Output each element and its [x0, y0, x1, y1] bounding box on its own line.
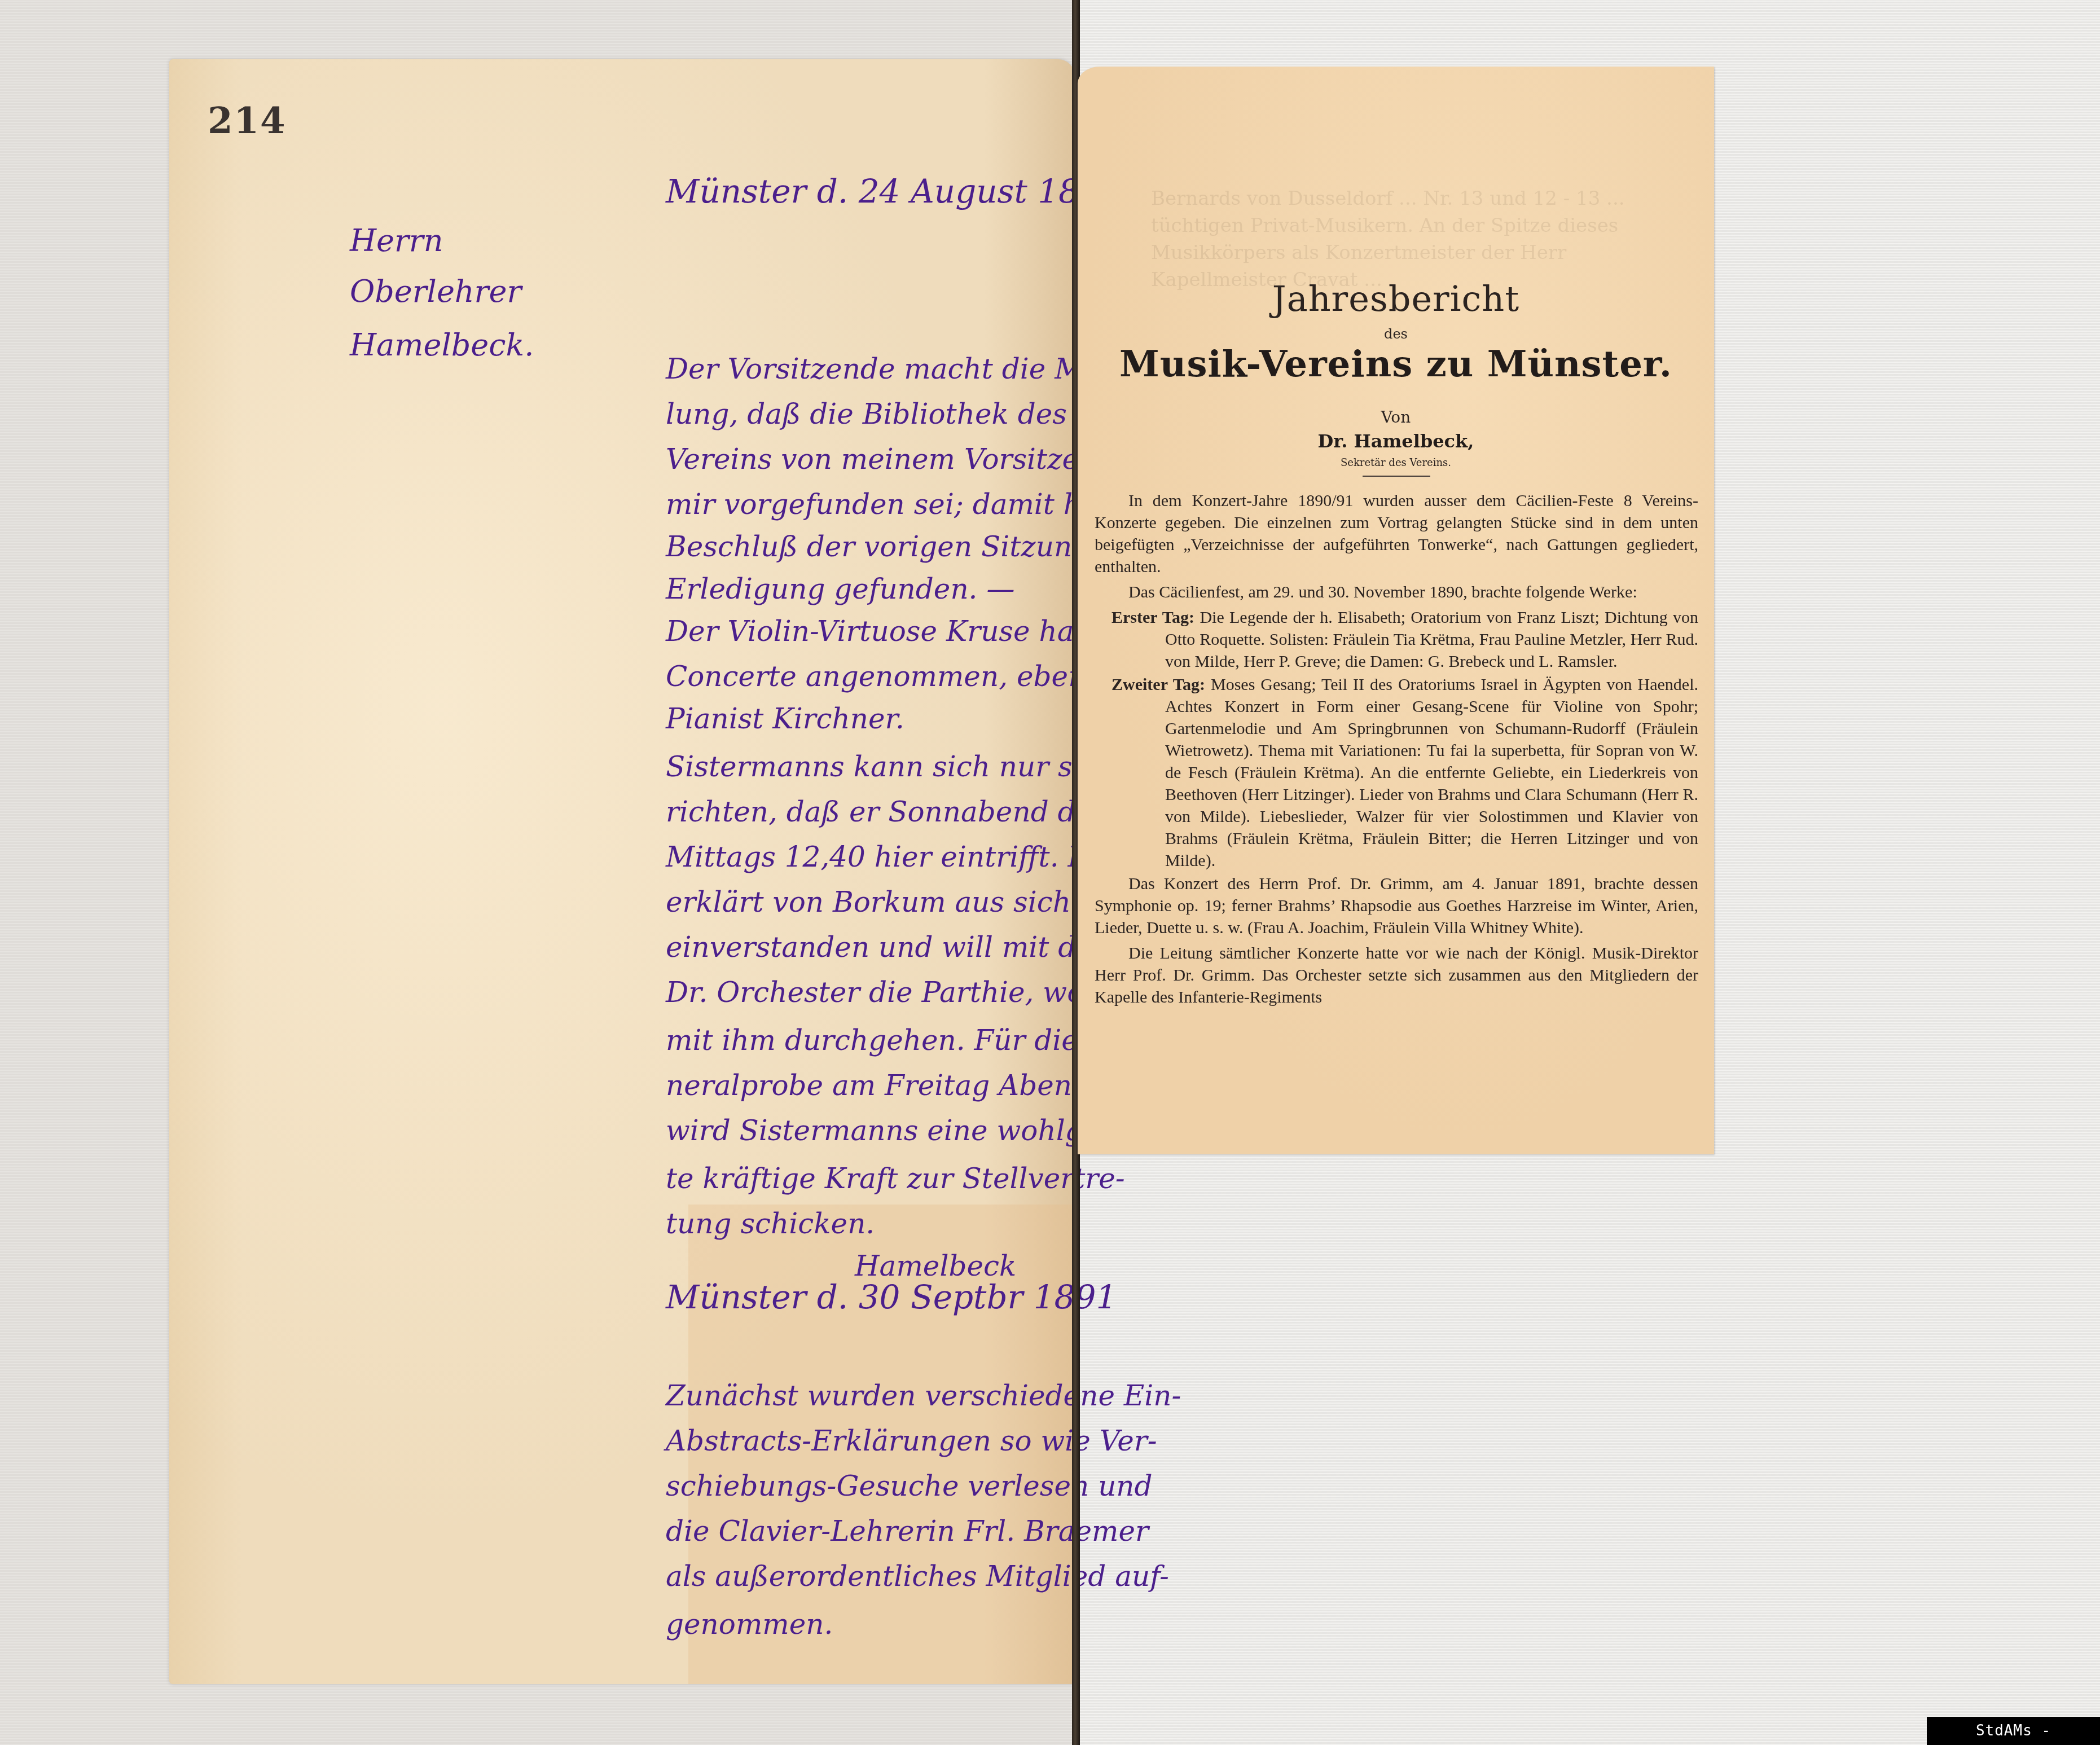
- handwritten-line: neralprobe am Freitag Abend: [666, 1069, 1090, 1102]
- handwritten-line: Erledigung gefunden. —: [666, 573, 1014, 605]
- day-heading: Erster Tag:: [1111, 608, 1194, 627]
- address-line: Oberlehrer: [350, 274, 521, 309]
- report-author-role: Sekretär des Vereins.: [1078, 457, 1714, 469]
- handwritten-line: genommen.: [666, 1608, 833, 1641]
- title-divider: [1363, 476, 1430, 477]
- report-title: Jahresbericht: [1078, 278, 1714, 319]
- handwritten-line: als außerordentliches Mitglied auf-: [666, 1560, 1169, 1593]
- day-program: Die Legende der h. Elisabeth; Oratorium …: [1165, 608, 1698, 671]
- report-paragraph: Die Leitung sämtlicher Konzerte hatte vo…: [1095, 942, 1698, 1008]
- handwritten-line: Der Violin-Virtuose Kruse hat die: [666, 615, 1138, 648]
- festival-day: Zweiter Tag: Moses Gesang; Teil II des O…: [1095, 674, 1698, 872]
- address-line: Herrn: [350, 223, 443, 258]
- handwritten-line: Mittags 12,40 hier eintrifft. Er: [666, 841, 1102, 873]
- day-heading: Zweiter Tag:: [1111, 675, 1205, 694]
- handwritten-line: Zunächst wurden verschiedene Ein-: [666, 1379, 1181, 1412]
- report-byline-von: Von: [1078, 408, 1714, 427]
- report-title-connector: des: [1078, 326, 1714, 342]
- handwritten-line: mit ihm durchgehen. Für die Ge-: [666, 1024, 1136, 1057]
- handwritten-page: 214 Herrn Oberlehrer Hamelbeck. Münster …: [169, 59, 1075, 1684]
- day-program: Moses Gesang; Teil II des Oratoriums Isr…: [1165, 675, 1698, 870]
- address-line: Hamelbeck.: [350, 327, 534, 363]
- entry-date: Münster d. 30 Septbr 1891: [666, 1278, 1117, 1316]
- report-paragraph: Das Konzert des Herrn Prof. Dr. Grimm, a…: [1095, 873, 1698, 939]
- report-author: Dr. Hamelbeck,: [1078, 430, 1714, 452]
- handwritten-line: te kräftige Kraft zur Stellvertre-: [666, 1162, 1125, 1195]
- page-number: 214: [208, 100, 287, 142]
- handwritten-line: Pianist Kirchner.: [666, 702, 904, 735]
- handwritten-line: Abstracts-Erklärungen so wie Ver-: [666, 1425, 1157, 1457]
- handwritten-line: einverstanden und will mit dem: [666, 931, 1119, 964]
- archive-reference-label: StdAMs - MV_004_291: [1927, 1717, 2100, 1745]
- report-paragraph: Das Cäcilienfest, am 29. und 30. Novembe…: [1095, 581, 1698, 603]
- bleed-through-text: Bernards von Dusseldorf ... Nr. 13 und 1…: [1151, 185, 1636, 293]
- report-organization: Musik-Vereins zu Münster.: [1078, 343, 1714, 385]
- entry-date: Münster d. 24 August 1891: [666, 172, 1121, 210]
- handwritten-line: tung schicken.: [666, 1207, 875, 1240]
- printed-report-sheet: Bernards von Dusseldorf ... Nr. 13 und 1…: [1078, 67, 1714, 1154]
- report-body: In dem Konzert-Jahre 1890/91 wurden auss…: [1095, 490, 1698, 1012]
- report-paragraph: In dem Konzert-Jahre 1890/91 wurden auss…: [1095, 490, 1698, 578]
- festival-day: Erster Tag: Die Legende der h. Elisabeth…: [1095, 606, 1698, 672]
